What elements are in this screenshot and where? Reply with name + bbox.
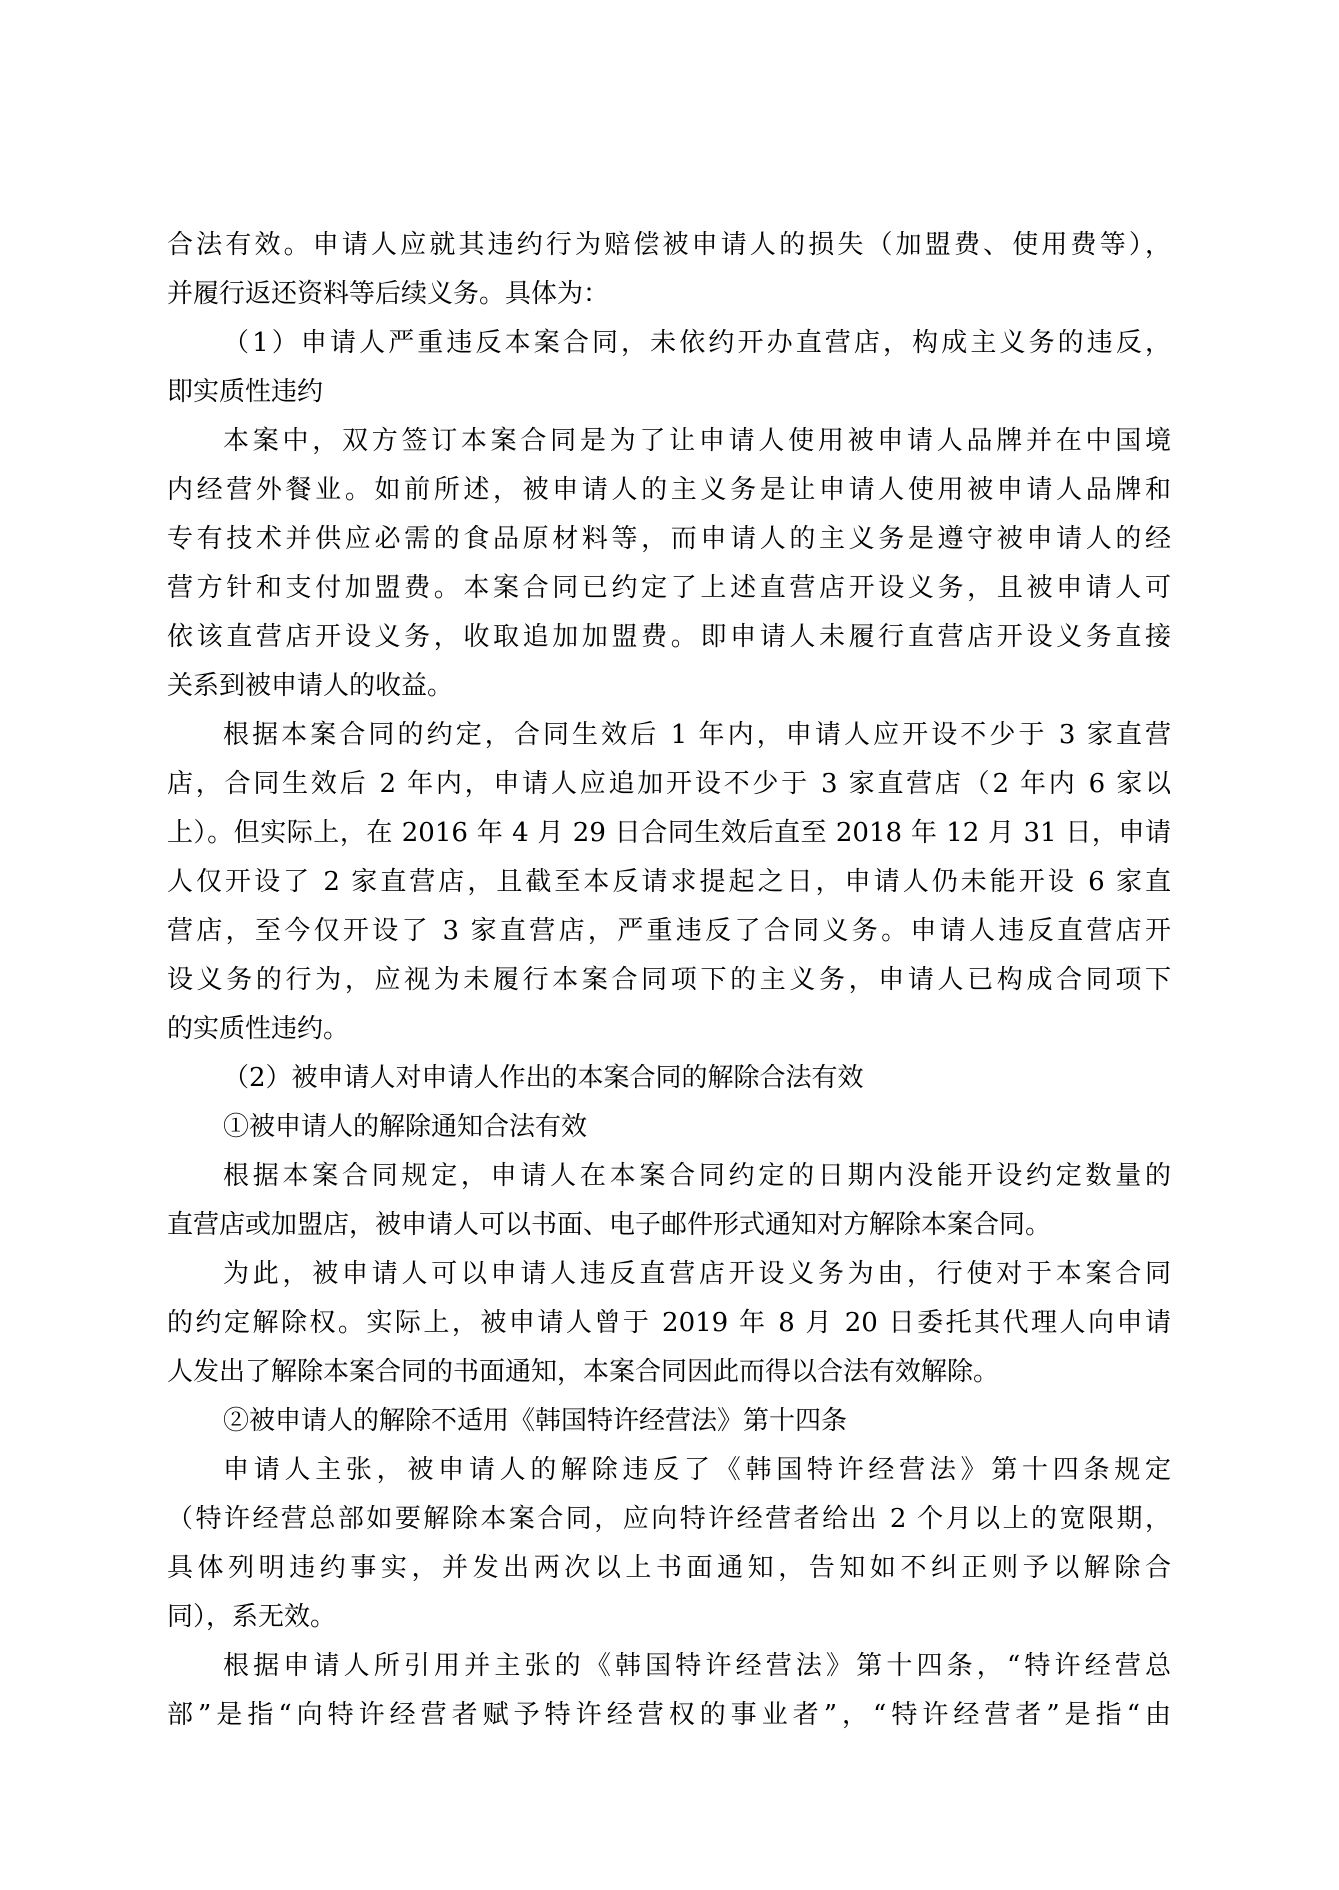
text-line: 部”是指“向特许经营者赋予特许经营权的事业者”，“特许经营者”是指“由 [167,1691,1171,1740]
text-line: 上）。但实际上，在 2016 年 4 月 29 日合同生效后直至 2018 年 … [167,809,1171,858]
paragraph-body: 根据本案合同的约定，合同生效后 1 年内，申请人应开设不少于 3 家直营店，合同… [167,711,1171,1054]
text-line: 营店，至今仅开设了 3 家直营店，严重违反了合同义务。申请人违反直营店开 [167,907,1171,956]
text-line: 营方针和支付加盟费。本案合同已约定了上述直营店开设义务，且被申请人可 [167,564,1171,613]
text-line: 本案中，双方签订本案合同是为了让申请人使用被申请人品牌并在中国境 [167,417,1171,466]
paragraph-body: 为此，被申请人可以申请人违反直营店开设义务为由，行使对于本案合同的约定解除权。实… [167,1250,1171,1397]
text-line: 并履行返还资料等后续义务。具体为： [167,270,1171,319]
text-line: 为此，被申请人可以申请人违反直营店开设义务为由，行使对于本案合同 [167,1250,1171,1299]
text-line: ①被申请人的解除通知合法有效 [167,1103,1171,1152]
text-line: 内经营外餐业。如前所述，被申请人的主义务是让申请人使用被申请人品牌和 [167,466,1171,515]
text-line: （特许经营总部如要解除本案合同，应向特许经营者给出 2 个月以上的宽限期， [167,1495,1171,1544]
text-line: 的实质性违约。 [167,1005,1171,1054]
paragraph-sub-heading: ①被申请人的解除通知合法有效 [167,1103,1171,1152]
text-line: 申请人主张，被申请人的解除违反了《韩国特许经营法》第十四条规定 [167,1446,1171,1495]
document-body: 合法有效。申请人应就其违约行为赔偿被申请人的损失（加盟费、使用费等），并履行返还… [167,221,1171,1740]
paragraph-heading-item: （2）被申请人对申请人作出的本案合同的解除合法有效 [167,1054,1171,1103]
paragraph-body: 申请人主张，被申请人的解除违反了《韩国特许经营法》第十四条规定（特许经营总部如要… [167,1446,1171,1642]
paragraph-sub-heading: ②被申请人的解除不适用《韩国特许经营法》第十四条 [167,1397,1171,1446]
text-line: 同），系无效。 [167,1593,1171,1642]
paragraph-body: 根据本案合同规定，申请人在本案合同约定的日期内没能开设约定数量的直营店或加盟店，… [167,1152,1171,1250]
text-line: 店，合同生效后 2 年内，申请人应追加开设不少于 3 家直营店（2 年内 6 家… [167,760,1171,809]
text-line: （2）被申请人对申请人作出的本案合同的解除合法有效 [167,1054,1171,1103]
text-line: 根据本案合同规定，申请人在本案合同约定的日期内没能开设约定数量的 [167,1152,1171,1201]
text-line: ②被申请人的解除不适用《韩国特许经营法》第十四条 [167,1397,1171,1446]
paragraph-heading-item: （1）申请人严重违反本案合同，未依约开办直营店，构成主义务的违反，即实质性违约 [167,319,1171,417]
text-line: 合法有效。申请人应就其违约行为赔偿被申请人的损失（加盟费、使用费等）， [167,221,1171,270]
text-line: 根据申请人所引用并主张的《韩国特许经营法》第十四条，“特许经营总 [167,1642,1171,1691]
text-line: 根据本案合同的约定，合同生效后 1 年内，申请人应开设不少于 3 家直营 [167,711,1171,760]
paragraph-body: 本案中，双方签订本案合同是为了让申请人使用被申请人品牌并在中国境内经营外餐业。如… [167,417,1171,711]
paragraph-body: 合法有效。申请人应就其违约行为赔偿被申请人的损失（加盟费、使用费等），并履行返还… [167,221,1171,319]
text-line: 人仅开设了 2 家直营店，且截至本反请求提起之日，申请人仍未能开设 6 家直 [167,858,1171,907]
text-line: 的约定解除权。实际上，被申请人曾于 2019 年 8 月 20 日委托其代理人向… [167,1299,1171,1348]
text-line: 即实质性违约 [167,368,1171,417]
text-line: （1）申请人严重违反本案合同，未依约开办直营店，构成主义务的违反， [167,319,1171,368]
text-line: 专有技术并供应必需的食品原材料等，而申请人的主义务是遵守被申请人的经 [167,515,1171,564]
paragraph-body: 根据申请人所引用并主张的《韩国特许经营法》第十四条，“特许经营总部”是指“向特许… [167,1642,1171,1740]
text-line: 具体列明违约事实，并发出两次以上书面通知，告知如不纠正则予以解除合 [167,1544,1171,1593]
text-line: 关系到被申请人的收益。 [167,662,1171,711]
text-line: 依该直营店开设义务，收取追加加盟费。即申请人未履行直营店开设义务直接 [167,613,1171,662]
text-line: 直营店或加盟店，被申请人可以书面、电子邮件形式通知对方解除本案合同。 [167,1201,1171,1250]
text-line: 人发出了解除本案合同的书面通知，本案合同因此而得以合法有效解除。 [167,1348,1171,1397]
document-page: 合法有效。申请人应就其违约行为赔偿被申请人的损失（加盟费、使用费等），并履行返还… [0,0,1339,1890]
text-line: 设义务的行为，应视为未履行本案合同项下的主义务，申请人已构成合同项下 [167,956,1171,1005]
